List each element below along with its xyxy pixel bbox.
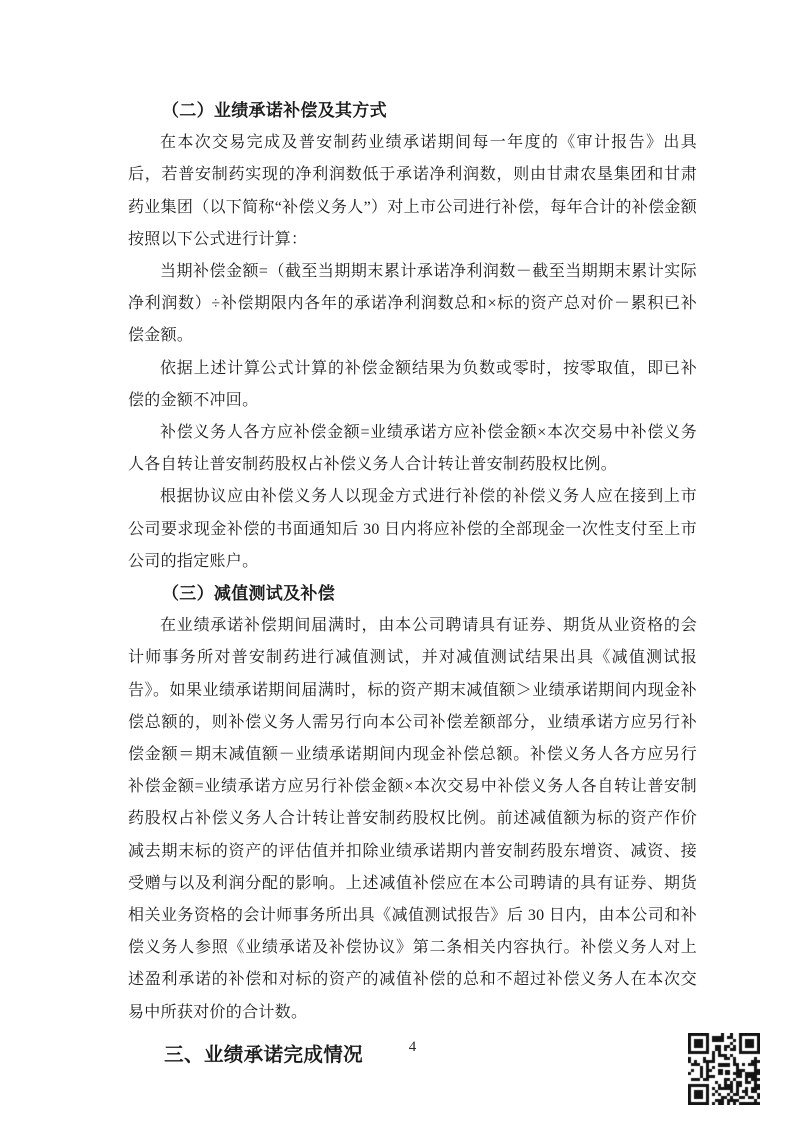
paragraph-compensation-formula: 当期补偿金额=（截至当期期末累计承诺净利润数－截至当期期末累计实际净利润数）÷补… <box>128 256 697 353</box>
paragraph-compensation-intro: 在本次交易完成及普安制药业绩承诺期间每一年度的《审计报告》出具后，若普安制药实现… <box>128 127 697 256</box>
paragraph-obligor-share-formula: 补偿义务人各方应补偿金额=业绩承诺方应补偿金额×本次交易中补偿义务人各自转让普安… <box>128 417 697 481</box>
section-heading-impairment: （三）减值测试及补偿 <box>128 578 697 610</box>
paragraph-impairment-test: 在业绩承诺补偿期间届满时，由本公司聘请具有证券、期货从业资格的会计师事务所对普安… <box>128 610 697 1029</box>
paragraph-cash-payment-rule: 根据协议应由补偿义务人以现金方式进行补偿的补偿义务人应在接到上市公司要求现金补偿… <box>128 481 697 578</box>
section-heading-compensation: （二）业绩承诺补偿及其方式 <box>128 95 697 127</box>
document-page: （二）业绩承诺补偿及其方式 在本次交易完成及普安制药业绩承诺期间每一年度的《审计… <box>0 0 794 1122</box>
qr-code-icon <box>688 1033 760 1105</box>
page-number: 4 <box>128 1037 697 1057</box>
document-content: （二）业绩承诺补偿及其方式 在本次交易完成及普安制药业绩承诺期间每一年度的《审计… <box>128 95 697 1072</box>
paragraph-zero-value-rule: 依据上述计算公式计算的补偿金额结果为负数或零时，按零取值，即已补偿的金额不冲回。 <box>128 353 697 417</box>
